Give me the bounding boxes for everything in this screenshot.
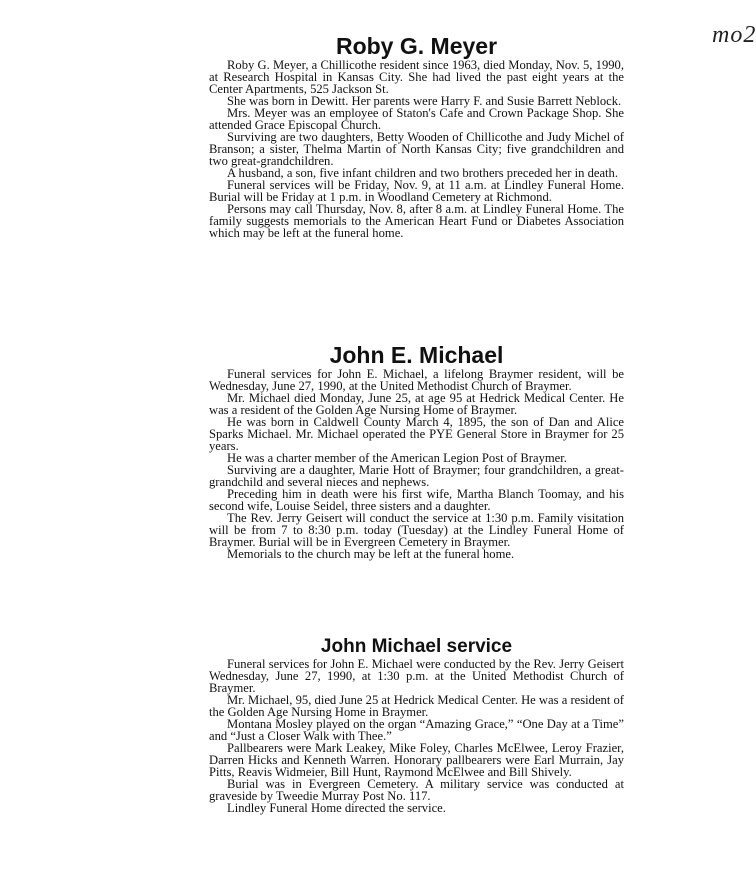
paragraph: Surviving are two daughters, Betty Woode… [209, 131, 624, 167]
paragraph: Memorials to the church may be left at t… [209, 548, 624, 560]
paragraph: Preceding him in death were his first wi… [209, 488, 624, 512]
paragraph: The Rev. Jerry Geisert will conduct the … [209, 512, 624, 548]
paragraph: Persons may call Thursday, Nov. 8, after… [209, 203, 624, 239]
obituary-john-michael-service: John Michael service Funeral services fo… [209, 636, 624, 814]
obituary-roby-meyer: Roby G. Meyer Roby G. Meyer, a Chillicot… [209, 33, 624, 239]
paragraph: Funeral services for John E. Michael wer… [209, 658, 624, 694]
paragraph: Mr. Michael died Monday, June 25, at age… [209, 392, 624, 416]
obituary-john-michael: John E. Michael Funeral services for Joh… [209, 342, 624, 560]
paragraph: Mrs. Meyer was an employee of Staton's C… [209, 107, 624, 131]
paragraph: Mr. Michael, 95, died June 25 at Hedrick… [209, 694, 624, 718]
obituary-title: Roby G. Meyer [209, 33, 624, 59]
paragraph: Surviving are a daughter, Marie Hott of … [209, 464, 624, 488]
paragraph: Burial was in Evergreen Cemetery. A mili… [209, 778, 624, 802]
obituary-title: John E. Michael [209, 342, 624, 368]
paragraph: Lindley Funeral Home directed the servic… [209, 802, 624, 814]
obituary-title: John Michael service [209, 636, 624, 658]
handwritten-margin-note: mo2 [712, 22, 756, 49]
paragraph: Funeral services will be Friday, Nov. 9,… [209, 179, 624, 203]
paragraph: Pallbearers were Mark Leakey, Mike Foley… [209, 742, 624, 778]
paragraph: Montana Mosley played on the organ “Amaz… [209, 718, 624, 742]
paragraph: Funeral services for John E. Michael, a … [209, 368, 624, 392]
paragraph: He was born in Caldwell County March 4, … [209, 416, 624, 452]
paragraph: Roby G. Meyer, a Chillicothe resident si… [209, 59, 624, 95]
